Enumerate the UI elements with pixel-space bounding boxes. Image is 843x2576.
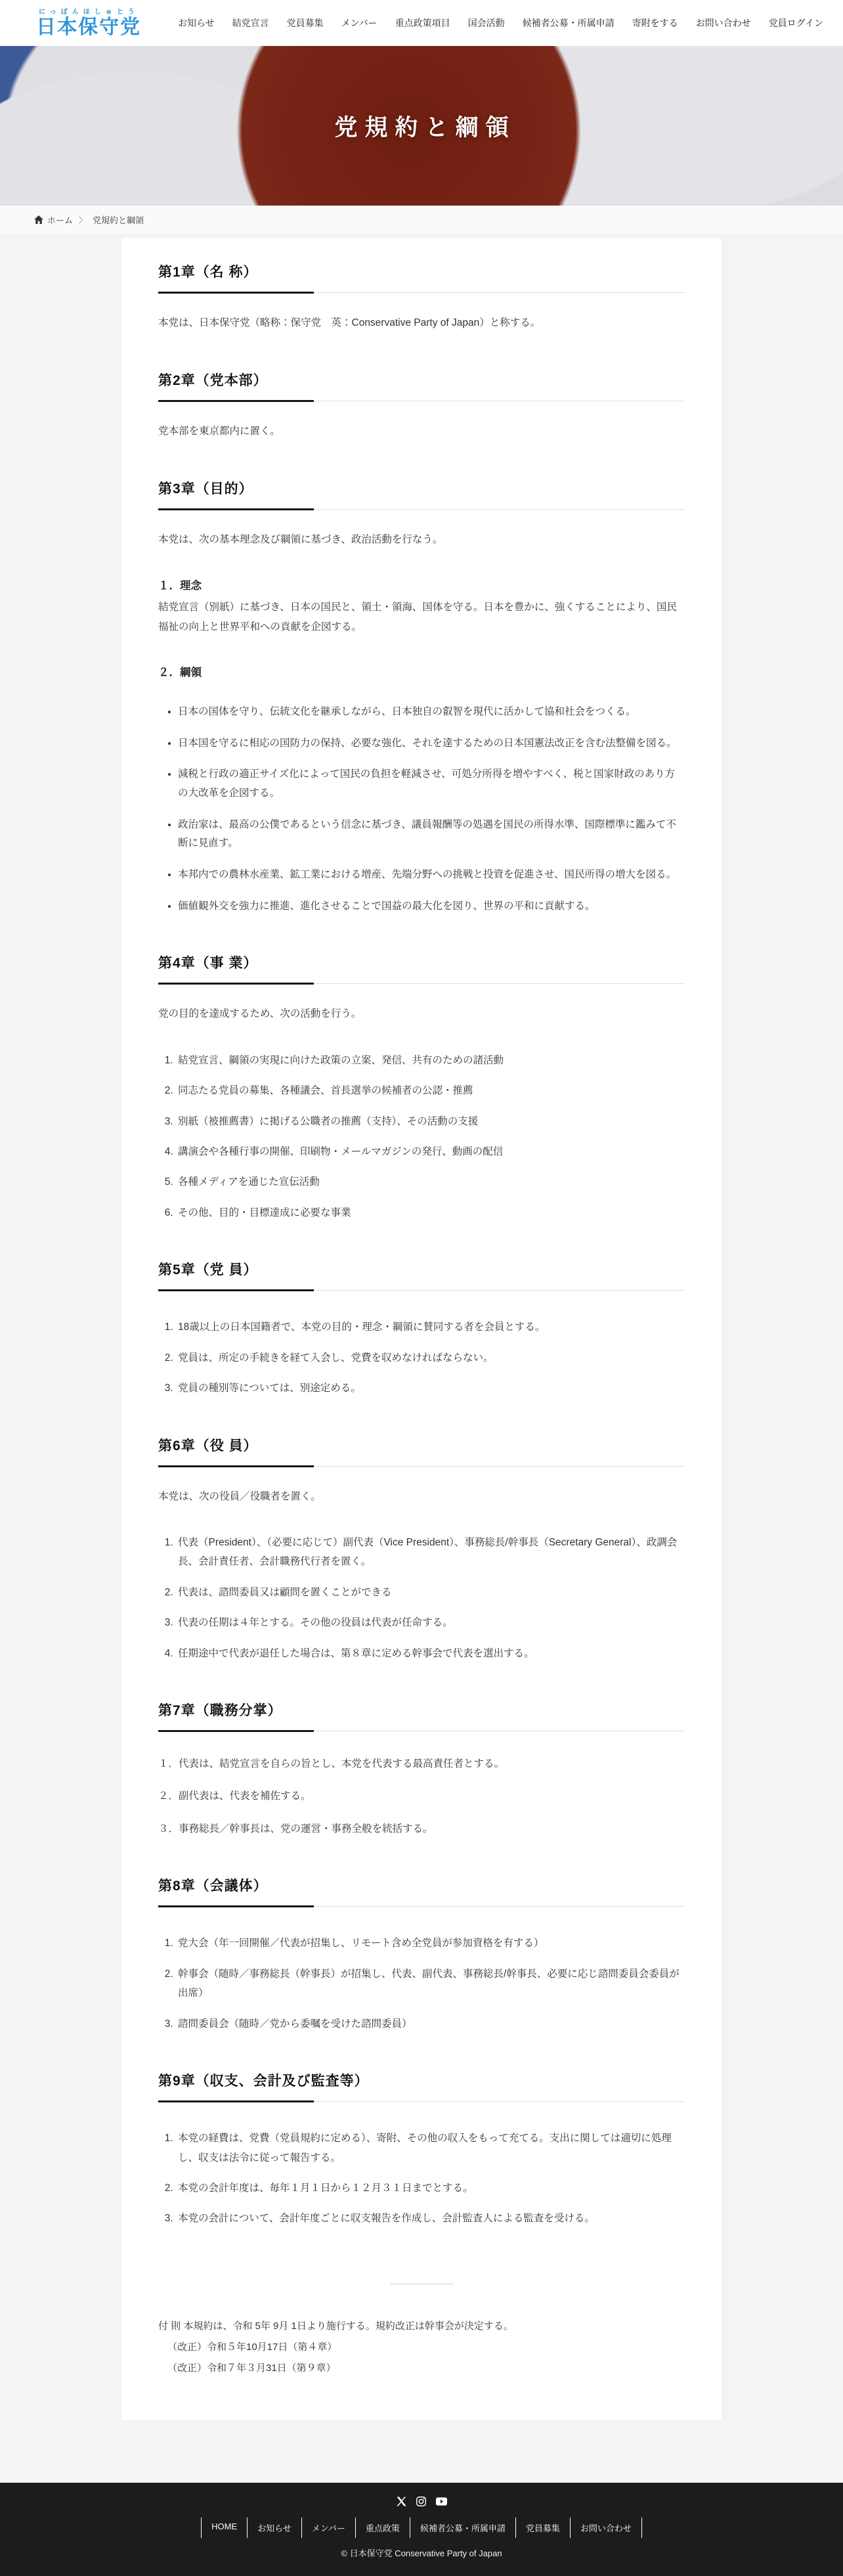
footer-nav-item[interactable]: 重点政策 [355,2518,410,2538]
numbered-item: 本党の会計について、会計年度ごとに収支報告を作成し、会計監査人による監査を受ける… [176,2209,685,2228]
breadcrumb: ホーム 〉 党規約と綱領 [0,206,843,234]
chapter-heading: 第1章（名 称） [158,261,685,281]
numbered-item: 講演会や各種行事の開催、印刷物・メールマガジンの発行、動画の配信 [176,1142,685,1161]
numbered-item: 諮問委員会（随時／党から委嘱を受けた諮問委員） [176,2014,685,2033]
chapter-numbered-list: 本党の経費は、党費（党員規約に定める）、寄附、その他の収入をもって充てる。支出に… [158,2129,685,2229]
site-footer: HOME お知らせ メンバー 重点政策 候補者公募・所属申請 党員募集 お問い合… [0,2483,843,2576]
appendix-revisions: （改正）令和５年10月17日（第４章） （改正）令和７年３月31日（第９章） [158,2337,685,2380]
subsection-title: １．理念 [158,577,685,592]
appendix-revision: （改正）令和７年３月31日（第９章） [158,2358,685,2379]
footer-social-row [0,2496,843,2508]
chapter-heading: 第9章（収支、会計及び監査等） [158,2070,685,2090]
chapter-section: 第1章（名 称） 本党は、日本保守党（略称：保守党 英：Conservative… [158,261,685,333]
chapter-heading: 第5章（党 員） [158,1259,685,1279]
footer-nav-item[interactable]: お問い合わせ [570,2518,642,2538]
appendix-divider [390,2284,453,2284]
header-nav-item[interactable]: 党員募集 [287,16,324,30]
chapter-section: 第2章（党本部） 党本部を東京都内に置く。 [158,370,685,441]
numbered-item: その他、目的・目標達成に必要な事業 [176,1203,685,1222]
appendix: 付 則 本規約は、令和 5年 9月 1日より施行する。規約改正は幹事会が決定する… [158,2316,685,2380]
chapter-paragraphs: 本党は、次の役員／役職者を置く。 [158,1487,685,1507]
numbered-item: 別紙（被推薦書）に掲げる公職者の推薦（支持）、その活動の支援 [176,1112,685,1131]
chapter-section: 第8章（会議体） 党大会（年一回開催／代表が招集し、リモート含め全党員が参加資格… [158,1875,685,2033]
youtube-icon[interactable] [436,2497,447,2506]
chapter-paragraph: 本党は、次の基本理念及び綱領に基づき、政治活動を行なう。 [158,530,685,550]
header-nav-item[interactable]: メンバー [341,16,378,30]
chapter-subsection: １．理念 結党宣言（別紙）に基づき、日本の国民と、領土・領海、国体を守る。日本を… [158,577,685,637]
chapter-heading: 第4章（事 業） [158,952,685,972]
header-nav-item[interactable]: 国会活動 [468,16,505,30]
numbered-item: 代表は、諮問委員又は顧問を置くことができる [176,1583,685,1602]
site-logo[interactable]: にっぽんほしゅとう 日本保守党 [36,9,141,37]
numbered-item: 結党宣言、綱領の実現に向けた政策の立案、発信、共有のための諸活動 [176,1051,685,1070]
heading-underline [158,400,685,402]
footer-nav: HOME お知らせ メンバー 重点政策 候補者公募・所属申請 党員募集 お問い合… [0,2518,843,2538]
chapter-section: 第3章（目的） 本党は、次の基本理念及び綱領に基づき、政治活動を行なう。 １．理… [158,478,685,916]
numbered-item: 同志たる党員の募集、各種議会、首長選挙の候補者の公認・推薦 [176,1081,685,1100]
chapter-section: 第5章（党 員） 18歳以上の日本国籍者で、本党の目的・理念・綱領に賛同する者を… [158,1259,685,1398]
chapter-numbered-list: 18歳以上の日本国籍者で、本党の目的・理念・綱領に賛同する者を会員とする。 党員… [158,1318,685,1398]
bullet-item: 本邦内での農林水産業、鉱工業における増産、先端分野への挑戦と投資を促進させ、国民… [178,866,685,885]
header-nav-item[interactable]: 重点政策項目 [395,16,450,30]
appendix-main: 付 則 本規約は、令和 5年 9月 1日より施行する。規約改正は幹事会が決定する… [158,2316,685,2337]
chapter-paragraphs: 党の目的を達成するため、次の活動を行う。 [158,1004,685,1024]
chapter-section: 第4章（事 業） 党の目的を達成するため、次の活動を行う。 結党宣言、綱領の実現… [158,952,685,1222]
numbered-item: 本党の経費は、党費（党員規約に定める）、寄附、その他の収入をもって充てる。支出に… [176,2129,685,2167]
heading-underline [158,1730,685,1732]
chapter-paragraphs: 本党は、次の基本理念及び綱領に基づき、政治活動を行なう。 [158,530,685,550]
rules-document-card: 第1章（名 称） 本党は、日本保守党（略称：保守党 英：Conservative… [121,238,722,2420]
breadcrumb-home-label: ホーム [47,213,73,226]
chapter-paragraph: 本党は、次の役員／役職者を置く。 [158,1487,685,1507]
chapter-numbered-list: 結党宣言、綱領の実現に向けた政策の立案、発信、共有のための諸活動 同志たる党員の… [158,1051,685,1223]
chapter-paragraph: 党の目的を達成するため、次の活動を行う。 [158,1004,685,1024]
logo-text: 日本保守党 [36,18,141,37]
header-nav-item[interactable]: 候補者公募・所属申請 [523,16,615,30]
header-nav-item[interactable]: 結党宣言 [232,16,269,30]
bullet-item: 日本の国体を守り、伝統文化を継承しながら、日本独自の叡智を現代に活かして協和社会… [178,703,685,722]
chapter-section: 第9章（収支、会計及び監査等） 本党の経費は、党費（党員規約に定める）、寄附、そ… [158,2070,685,2229]
chapter-heading: 第6章（役 員） [158,1435,685,1455]
page-title: 党規約と綱領 [327,110,515,143]
numbered-item: 党員は、所定の手続きを経て入会し、党費を収めなければならない。 [176,1348,685,1367]
appendix-revision: （改正）令和５年10月17日（第４章） [158,2337,685,2358]
home-icon [34,215,43,224]
chapter-subsection: ２．綱領 [158,663,685,679]
header-nav-item[interactable]: お知らせ [178,16,215,30]
chapter-paragraph: 本党は、日本保守党（略称：保守党 英：Conservative Party of… [158,313,685,333]
subsection-title: ２．綱領 [158,663,685,679]
numbered-item: 党員の種別等については、別途定める。 [176,1379,685,1398]
bullet-item: 価値観外交を強力に推進、進化させることで国益の最大化を図り、世界の平和に貢献する… [178,897,685,916]
numbered-item: 本党の会計年度は、毎年１月１日から１２月３１日までとする。 [176,2179,685,2198]
breadcrumb-home-link[interactable]: ホーム [34,213,73,226]
hero-flag-banner: 党規約と綱領 [0,46,843,206]
copyright-text: © 日本保守党 Conservative Party of Japan [0,2546,843,2559]
footer-nav-item[interactable]: 候補者公募・所属申請 [410,2518,515,2538]
numbered-item: 代表（President）、（必要に応じて）副代表（Vice President… [176,1533,685,1572]
chapter-subsections: １．理念 結党宣言（別紙）に基づき、日本の国民と、領土・領海、国体を守る。日本を… [158,577,685,679]
main-content-area: 第1章（名 称） 本党は、日本保守党（略称：保守党 英：Conservative… [0,234,843,2483]
instagram-icon[interactable] [416,2497,426,2506]
header-nav-list: お知らせ 結党宣言 党員募集 メンバー 重点政策項目 国会活動 候補者公募・所属… [178,16,823,30]
bullet-item: 日本国を守るに相応の国防力の保持、必要な強化、それを達するための日本国憲法改正を… [178,734,685,753]
header-nav-item[interactable]: お問い合わせ [696,16,751,30]
heading-underline [158,2100,685,2102]
heading-underline [158,508,685,510]
bullet-item: 政治家は、最高の公僕であるという信念に基づき、議員報酬等の処遇を国民の所得水準、… [178,816,685,853]
heading-underline [158,292,685,294]
heading-underline [158,1289,685,1291]
header-nav-item[interactable]: 党員ログイン [769,16,823,30]
footer-nav-item[interactable]: お知らせ [247,2518,301,2538]
numbered-item: 党大会（年一回開催／代表が招集し、リモート含め全党員が参加資格を有する） [176,1934,685,1953]
chapter-heading: 第7章（職務分掌） [158,1700,685,1720]
chapter-heading: 第3章（目的） [158,478,685,498]
numbered-item: 18歳以上の日本国籍者で、本党の目的・理念・綱領に賛同する者を会員とする。 [176,1318,685,1337]
heading-underline [158,1465,685,1467]
subsection-body: 結党宣言（別紙）に基づき、日本の国民と、領土・領海、国体を守る。日本を豊かに、強… [158,598,685,637]
numbered-item: 各種メディアを通じた宣伝活動 [176,1172,685,1191]
chapter-paragraphs: 本党は、日本保守党（略称：保守党 英：Conservative Party of… [158,313,685,333]
breadcrumb-current: 党規約と綱領 [93,213,144,226]
chapter-heading: 第2章（党本部） [158,370,685,389]
header-nav-item[interactable]: 寄附をする [632,16,678,30]
x-icon[interactable] [397,2497,406,2506]
footer-nav-item[interactable]: 党員募集 [515,2518,570,2538]
footer-nav-item[interactable]: メンバー [301,2518,355,2538]
site-header: にっぽんほしゅとう 日本保守党 お知らせ 結党宣言 党員募集 メンバー 重点政策… [0,0,843,46]
footer-nav-item[interactable]: HOME [201,2518,247,2538]
plain-list-item: ２．副代表は、代表を補佐する。 [158,1787,685,1806]
sections-container: 第1章（名 称） 本党は、日本保守党（略称：保守党 英：Conservative… [158,261,685,2229]
chapter-paragraphs: 党本部を東京都内に置く。 [158,422,685,441]
logo-furigana: にっぽんほしゅとう [39,9,141,16]
chapter-bullet-list: 日本の国体を守り、伝統文化を継承しながら、日本独自の叡智を現代に活かして協和社会… [158,703,685,916]
chapter-numbered-list: 党大会（年一回開催／代表が招集し、リモート含め全党員が参加資格を有する） 幹事会… [158,1934,685,2033]
numbered-item: 任期途中で代表が退任した場合は、第８章に定める幹事会で代表を選出する。 [176,1644,685,1663]
chapter-heading: 第8章（会議体） [158,1875,685,1895]
footer-nav-list: HOME お知らせ メンバー 重点政策 候補者公募・所属申請 党員募集 お問い合… [0,2518,843,2538]
breadcrumb-separator: 〉 [79,214,87,225]
chapter-numbered-list: 代表（President）、（必要に応じて）副代表（Vice President… [158,1533,685,1663]
heading-underline [158,983,685,985]
plain-list-item: ３．事務総長／幹事長は、党の運営・事務全般を統括する。 [158,1819,685,1838]
chapter-section: 第6章（役 員） 本党は、次の役員／役職者を置く。 代表（President）、… [158,1435,685,1663]
chapter-plain-list: １．代表は、結党宣言を自らの旨とし、本党を代表する最高責任者とする。 ２．副代表… [158,1754,685,1838]
bullet-item: 減税と行政の適正サイズ化によって国民の負担を軽減させ、可処分所得を増やすべく、税… [178,765,685,803]
chapter-section: 第7章（職務分掌） １．代表は、結党宣言を自らの旨とし、本党を代表する最高責任者… [158,1700,685,1838]
plain-list-item: １．代表は、結党宣言を自らの旨とし、本党を代表する最高責任者とする。 [158,1754,685,1773]
header-nav: お知らせ 結党宣言 党員募集 メンバー 重点政策項目 国会活動 候補者公募・所属… [178,16,823,30]
heading-underline [158,1905,685,1907]
numbered-item: 幹事会（随時／事務総長（幹事長）が招集し、代表、副代表、事務総長/幹事長、必要に… [176,1965,685,2003]
chapter-paragraph: 党本部を東京都内に置く。 [158,422,685,441]
numbered-item: 代表の任期は４年とする。その他の役員は代表が任命する。 [176,1613,685,1632]
